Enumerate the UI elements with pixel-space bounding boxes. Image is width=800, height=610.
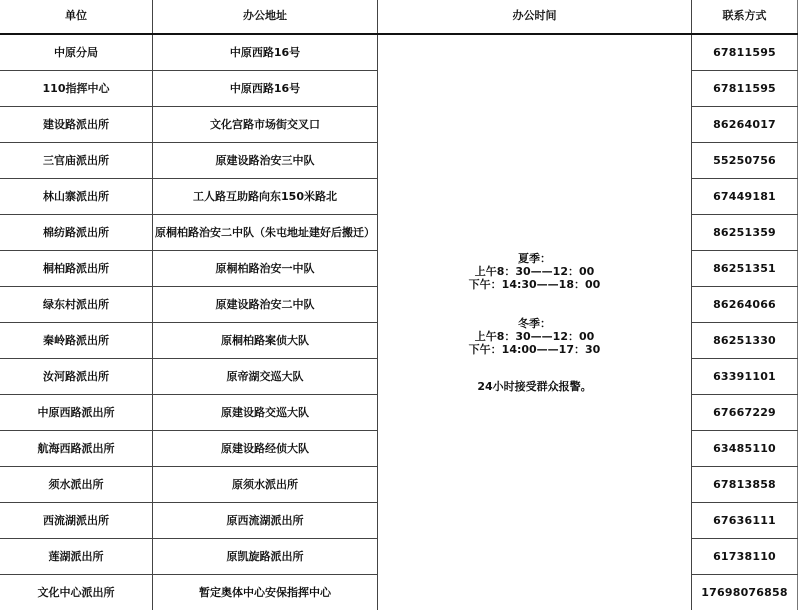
address-cell: 原建设路交巡大队 xyxy=(153,395,378,431)
police-contact-table: 单位 办公地址 办公时间 联系方式 中原分局 中原西路16号 夏季： 上午8：3… xyxy=(0,0,798,610)
header-address: 办公地址 xyxy=(153,0,378,34)
header-unit: 单位 xyxy=(0,0,153,34)
address-cell: 文化宫路市场街交叉口 xyxy=(153,107,378,143)
summer-label: 夏季： xyxy=(378,252,691,265)
office-hours-cell: 夏季： 上午8：30——12：00 下午：14:30——18：00 冬季： 上午… xyxy=(378,34,692,610)
phone-cell: 67667229 xyxy=(692,395,798,431)
address-cell: 原须水派出所 xyxy=(153,467,378,503)
winter-afternoon: 下午：14:00——17：30 xyxy=(378,343,691,356)
unit-cell: 中原西路派出所 xyxy=(0,395,153,431)
unit-cell: 航海西路派出所 xyxy=(0,431,153,467)
phone-cell: 61738110 xyxy=(692,539,798,575)
header-hours: 办公时间 xyxy=(378,0,692,34)
address-cell: 原桐柏路治安一中队 xyxy=(153,251,378,287)
unit-cell: 汝河路派出所 xyxy=(0,359,153,395)
phone-cell: 67811595 xyxy=(692,71,798,107)
unit-cell: 中原分局 xyxy=(0,34,153,71)
unit-cell: 110指挥中心 xyxy=(0,71,153,107)
header-phone: 联系方式 xyxy=(692,0,798,34)
address-cell: 原西流湖派出所 xyxy=(153,503,378,539)
summer-morning: 上午8：30——12：00 xyxy=(378,265,691,278)
phone-cell: 86251330 xyxy=(692,323,798,359)
summer-afternoon: 下午：14:30——18：00 xyxy=(378,278,691,291)
address-cell: 暂定奥体中心安保指挥中心 xyxy=(153,575,378,610)
phone-cell: 63485110 xyxy=(692,431,798,467)
unit-cell: 西流湖派出所 xyxy=(0,503,153,539)
winter-label: 冬季： xyxy=(378,317,691,330)
phone-cell: 63391101 xyxy=(692,359,798,395)
unit-cell: 莲湖派出所 xyxy=(0,539,153,575)
address-cell: 工人路互助路向东150米路北 xyxy=(153,179,378,215)
unit-cell: 文化中心派出所 xyxy=(0,575,153,610)
unit-cell: 建设路派出所 xyxy=(0,107,153,143)
table-header-row: 单位 办公地址 办公时间 联系方式 xyxy=(0,0,798,34)
phone-cell: 67449181 xyxy=(692,179,798,215)
address-cell: 中原西路16号 xyxy=(153,71,378,107)
phone-cell: 67636111 xyxy=(692,503,798,539)
phone-cell: 86264066 xyxy=(692,287,798,323)
unit-cell: 林山寨派出所 xyxy=(0,179,153,215)
phone-cell: 86251359 xyxy=(692,215,798,251)
address-cell: 原桐柏路治安二中队（朱屯地址建好后搬迁） xyxy=(153,215,378,251)
address-cell: 原建设路经侦大队 xyxy=(153,431,378,467)
office-hours-block: 夏季： 上午8：30——12：00 下午：14:30——18：00 冬季： 上午… xyxy=(378,252,691,393)
table-row: 中原分局 中原西路16号 夏季： 上午8：30——12：00 下午：14:30—… xyxy=(0,34,798,71)
phone-cell: 17698076858 xyxy=(692,575,798,610)
address-cell: 原建设路治安二中队 xyxy=(153,287,378,323)
emergency-note: 24小时接受群众报警。 xyxy=(378,380,691,393)
unit-cell: 秦岭路派出所 xyxy=(0,323,153,359)
unit-cell: 绿东村派出所 xyxy=(0,287,153,323)
phone-cell: 67811595 xyxy=(692,34,798,71)
address-cell: 中原西路16号 xyxy=(153,34,378,71)
address-cell: 原凯旋路派出所 xyxy=(153,539,378,575)
phone-cell: 55250756 xyxy=(692,143,798,179)
winter-morning: 上午8：30——12：00 xyxy=(378,330,691,343)
phone-cell: 67813858 xyxy=(692,467,798,503)
phone-cell: 86251351 xyxy=(692,251,798,287)
unit-cell: 须水派出所 xyxy=(0,467,153,503)
unit-cell: 棉纺路派出所 xyxy=(0,215,153,251)
phone-cell: 86264017 xyxy=(692,107,798,143)
address-cell: 原帝湖交巡大队 xyxy=(153,359,378,395)
unit-cell: 桐柏路派出所 xyxy=(0,251,153,287)
address-cell: 原建设路治安三中队 xyxy=(153,143,378,179)
unit-cell: 三官庙派出所 xyxy=(0,143,153,179)
address-cell: 原桐柏路案侦大队 xyxy=(153,323,378,359)
